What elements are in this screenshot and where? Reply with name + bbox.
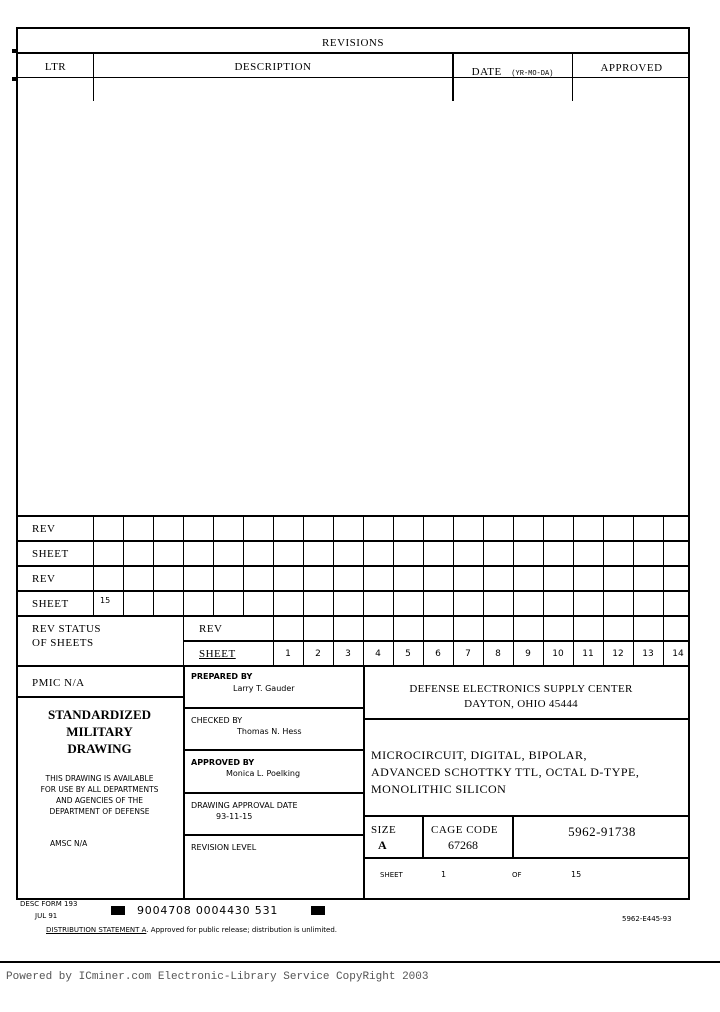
rev-status-label-line1: REV STATUS (32, 623, 101, 635)
grid-label-rev: REV (32, 573, 56, 585)
drawing-title: MICROCIRCUIT, DIGITAL, BIPOLAR, ADVANCED… (371, 747, 639, 798)
divider (183, 834, 363, 836)
amsc: AMSC N/A (50, 839, 87, 848)
distribution-label: DISTRIBUTION STATEMENT A (46, 926, 146, 934)
distribution-statement: DISTRIBUTION STATEMENT A. Approved for p… (46, 926, 337, 934)
grid-line (663, 515, 664, 665)
revisions-title: REVISIONS (16, 37, 690, 49)
approval-date-label: DRAWING APPROVAL DATE (191, 801, 298, 810)
grid-line (16, 540, 690, 542)
size-value: A (378, 838, 387, 853)
status-sheet-label: SHEET (199, 648, 236, 660)
sheet-number-cell: 7 (453, 649, 483, 659)
prepared-by-label: PREPARED BY (191, 672, 252, 681)
revisions-body (18, 80, 688, 513)
divider (363, 718, 690, 720)
grid-line (393, 515, 394, 665)
grid-line (573, 515, 574, 665)
approved-by-label: APPROVED BY (191, 758, 254, 767)
grid-line (16, 515, 690, 517)
sheet-number-cell: 6 (423, 649, 453, 659)
checked-by-label: CHECKED BY (191, 716, 242, 725)
standardized-military-drawing: STANDARDIZED MILITARY DRAWING (16, 706, 183, 757)
sheet-number-cell: 8 (483, 649, 513, 659)
grid-line (453, 515, 454, 665)
availability-line: AND AGENCIES OF THE (16, 795, 183, 806)
grid-line (183, 640, 690, 642)
date-label: DATE (472, 66, 502, 78)
sheet-number-cell: 10 (543, 649, 573, 659)
grid-line (16, 615, 690, 617)
divider (183, 665, 185, 900)
title-line: ADVANCED SCHOTTKY TTL, OCTAL D-TYPE, (371, 764, 639, 781)
divider (183, 792, 363, 794)
divider (363, 815, 690, 817)
grid-line (633, 515, 634, 665)
availability-line: DEPARTMENT OF DEFENSE (16, 806, 183, 817)
sheet-number-cell: 9 (513, 649, 543, 659)
grid-label-sheet: SHEET (32, 598, 69, 610)
smd-line1: STANDARDIZED (16, 706, 183, 723)
grid-line (603, 515, 604, 665)
prepared-by-name: Larry T. Gauder (233, 684, 295, 693)
sheet-number-cell: 4 (363, 649, 393, 659)
grid-line (483, 515, 484, 665)
cage-code-label: CAGE CODE (431, 824, 498, 836)
size-label: SIZE (371, 824, 396, 836)
availability-notice: THIS DRAWING IS AVAILABLE FOR USE BY ALL… (16, 773, 183, 817)
sheet-number-cell: 12 (603, 649, 633, 659)
grid-line (16, 565, 690, 567)
divider (363, 857, 690, 859)
divider (16, 665, 690, 667)
sheet-label: SHEET (380, 871, 403, 879)
sheet-number-cell: 11 (573, 649, 603, 659)
grid-line (213, 515, 214, 615)
smd-line3: DRAWING (16, 740, 183, 757)
footer-divider (0, 961, 720, 963)
revision-level-label: REVISION LEVEL (191, 843, 256, 852)
total-sheets: 15 (571, 870, 581, 879)
checked-by-name: Thomas N. Hess (237, 727, 302, 736)
rev-status-label-line2: OF SHEETS (32, 637, 94, 649)
org-name: DEFENSE ELECTRONICS SUPPLY CENTER (363, 682, 679, 697)
organization: DEFENSE ELECTRONICS SUPPLY CENTER DAYTON… (363, 682, 679, 712)
divider (422, 815, 424, 857)
grid-line (123, 515, 124, 615)
availability-line: THIS DRAWING IS AVAILABLE (16, 773, 183, 784)
barcode-block-left (111, 906, 125, 915)
grid-line (183, 615, 184, 665)
sheet-number-cell: 1 (273, 649, 303, 659)
grid-line (273, 515, 274, 665)
form-date: JUL 91 (35, 912, 57, 920)
grid-line (363, 515, 364, 665)
grid-line (513, 515, 514, 665)
drawing-number: 5962-91738 (514, 824, 690, 840)
sheet-number-cell: 5 (393, 649, 423, 659)
title-line: MONOLITHIC SILICON (371, 781, 639, 798)
grid-line (16, 590, 690, 592)
grid-line (93, 515, 94, 615)
sheet-number-cell: 14 (663, 649, 693, 659)
status-rev-label: REV (199, 623, 223, 635)
smd-line2: MILITARY (16, 723, 183, 740)
grid-label-sheet: SHEET (32, 548, 69, 560)
availability-line: FOR USE BY ALL DEPARTMENTS (16, 784, 183, 795)
grid-label-rev: REV (32, 523, 56, 535)
pmic: PMIC N/A (32, 677, 85, 689)
divider (16, 52, 690, 54)
grid-line (423, 515, 424, 665)
of-label: OF (512, 871, 522, 879)
title-line: MICROCIRCUIT, DIGITAL, BIPOLAR, (371, 747, 639, 764)
column-header-ltr: LTR (18, 61, 93, 73)
approval-date: 93-11-15 (216, 812, 252, 821)
divider (16, 77, 690, 78)
grid-line (543, 515, 544, 665)
distribution-text: . Approved for public release; distribut… (146, 926, 337, 934)
cage-code-value: 67268 (448, 838, 478, 853)
grid-line (153, 515, 154, 615)
sheet-number-cell: 13 (633, 649, 663, 659)
form-number: DESC FORM 193 (20, 900, 77, 908)
sheet-number-cell: 2 (303, 649, 333, 659)
sheet-number-cell: 3 (333, 649, 363, 659)
grid-line (333, 515, 334, 665)
barcode-block-right (311, 906, 325, 915)
grid-line (303, 515, 304, 665)
grid-line (183, 515, 184, 615)
doc-code: 5962-E445-93 (622, 915, 672, 923)
divider (183, 707, 363, 709)
sheet-cell-15: 15 (100, 596, 110, 605)
divider (16, 696, 183, 698)
barcode-text: 9004708 0004430 531 (137, 904, 278, 917)
column-header-approved: APPROVED (573, 62, 690, 74)
sheet-number: 1 (441, 870, 446, 879)
column-header-description: DESCRIPTION (94, 61, 452, 73)
powered-by-link[interactable]: Powered by ICminer.com Electronic-Librar… (6, 971, 428, 983)
date-format: (YR-MO-DA) (511, 70, 553, 78)
column-header-date: DATE (YR-MO-DA) (453, 62, 572, 80)
grid-line (243, 515, 244, 615)
org-address: DAYTON, OHIO 45444 (363, 697, 679, 712)
divider (183, 749, 363, 751)
approved-by-name: Monica L. Poelking (226, 769, 300, 778)
